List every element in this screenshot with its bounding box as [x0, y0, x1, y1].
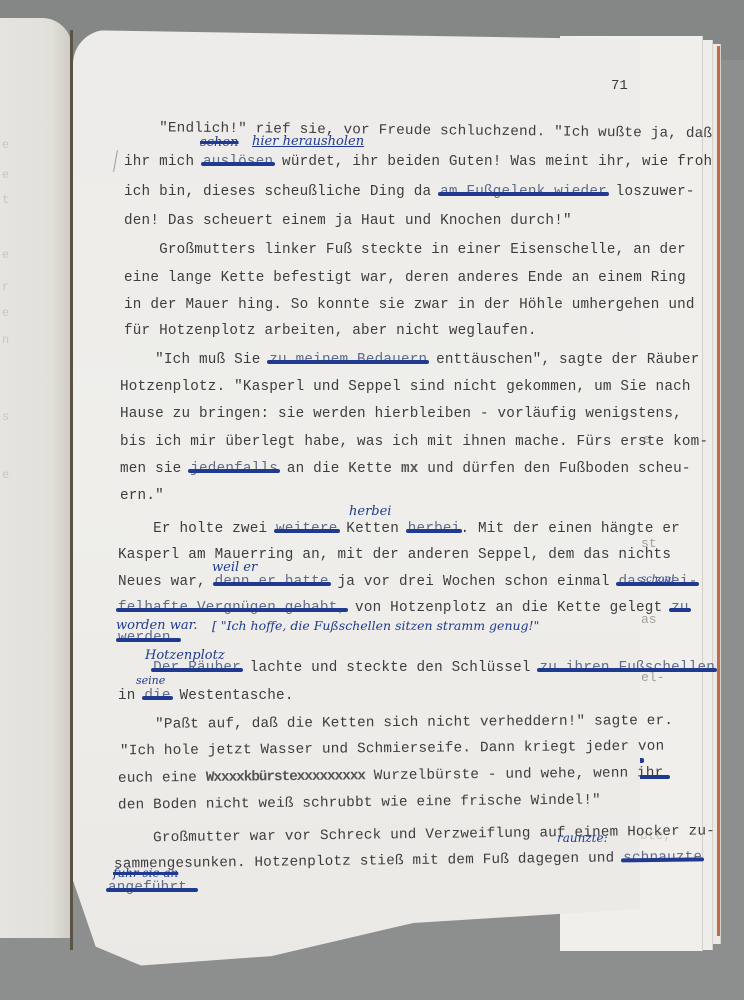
left-facing-page: e e t e r e n s e: [0, 18, 72, 938]
handwritten-deleted: fuhr sie an: [113, 866, 178, 880]
text-line: angeführt.: [108, 880, 196, 896]
text-line: Großmutters linker Fuß steckte in einer …: [124, 242, 686, 258]
deleted-text: zu meinem Bedauern: [269, 352, 427, 368]
deleted-text: denn er hatte: [215, 574, 329, 590]
deleted-text: felhafte Vergnügen gehabt,: [118, 600, 346, 616]
text-span: ja vor drei Wochen schon einmal: [329, 574, 619, 590]
text-span: an die Kette: [278, 461, 401, 477]
left-page-fragment: e: [2, 248, 9, 262]
text-line: Hotzenplotz. "Kasperl und Seppel sind ni…: [120, 379, 691, 395]
handwritten-insert: herbei: [349, 504, 391, 519]
handwritten-insert: hier herausholen: [252, 134, 364, 149]
text-span: von Hotzenplotz an die Kette gelegt: [346, 600, 671, 616]
page-number: 71: [611, 78, 628, 94]
text-line: Der Räuber lachte und steckte den Schlüs…: [118, 660, 715, 676]
handwritten-deleted: schon: [200, 135, 239, 150]
text-line: in die Westentasche.: [118, 688, 294, 704]
text-span: würdet, ihr beiden Guten! Was meint ihr,…: [273, 154, 712, 170]
cover-edge: [717, 46, 720, 936]
book-gutter: [70, 30, 73, 950]
left-page-fragment: e: [2, 168, 9, 182]
text-span: "Ich muß Sie: [120, 352, 269, 368]
text-line: Hause zu bringen: sie werden hierbleiben…: [120, 406, 682, 422]
text-line: "Ich muß Sie zu meinem Bedauern enttäusc…: [120, 352, 699, 368]
text-line: ern.": [120, 488, 164, 504]
text-span: . Mit der einen hängte er: [460, 521, 680, 537]
text-span: und dürfen den Fußboden scheu-: [419, 461, 691, 477]
handwritten-quote-insert: [ "Ich hoffe, die Fußschellen sitzen str…: [212, 618, 539, 633]
text-line: bis ich mir überlegt habe, was ich mit i…: [120, 434, 708, 450]
text-line: men sie jedenfalls an die Kette mx und d…: [120, 461, 691, 477]
text-span: Er holte zwei: [118, 521, 276, 537]
text-span: ich bin, dieses scheußliche Ding da: [124, 184, 440, 200]
deleted-text: angeführt.: [108, 880, 196, 896]
left-page-fragment: e: [2, 306, 9, 320]
text-line: in der Mauer hing. So konnte sie zwar in…: [124, 297, 695, 313]
text-span: lachte und steckte den Schlüssel: [241, 660, 540, 676]
deleted-text: Der Räuber: [153, 660, 241, 676]
deleted-text: weitere: [276, 521, 337, 537]
deleted-text: zu: [671, 600, 689, 616]
left-page-fragment: r: [2, 280, 9, 294]
text-line: ich bin, dieses scheußliche Ding da am F…: [124, 184, 695, 200]
deleted-text: am Fußgelenk wieder: [440, 184, 607, 200]
left-page-fragment: e: [2, 138, 9, 152]
text-span: men sie: [120, 461, 190, 477]
text-span: Neues war,: [118, 574, 215, 590]
deleted-text: schnauzte: [623, 849, 702, 866]
struck-typed-text: Wxxxxkbürstexxxxxxxxx: [206, 768, 365, 786]
text-line: den! Das scheuert einem ja Haut und Knoc…: [124, 213, 572, 229]
text-line: Er holte zwei weitere Ketten herbei. Mit…: [118, 521, 680, 537]
text-line: eine lange Kette befestigt war, deren an…: [124, 270, 686, 286]
handwritten-insert: seine: [136, 674, 165, 687]
deleted-text: werden.: [118, 630, 179, 646]
left-page-fragment: t: [2, 193, 9, 207]
deleted-text: die: [144, 688, 170, 704]
text-span: in: [118, 688, 144, 704]
text-line: ihr mich auslösen würdet, ihr beiden Gut…: [124, 154, 712, 170]
text-span: Westentasche.: [171, 688, 294, 704]
text-line: Kasperl am Mauerring an, mit der anderen…: [118, 547, 671, 563]
left-page-fragment: n: [2, 333, 9, 347]
deleted-text: zu ihren Fußschellen: [539, 660, 715, 676]
text-line: werden.: [118, 630, 179, 646]
text-line: Neues war, denn er hatte ja vor drei Woc…: [118, 574, 697, 590]
deleted-text: das zwei-: [618, 574, 697, 590]
text-span: enttäuschen", sagte der Räuber: [427, 352, 699, 368]
left-page-fragment: e: [2, 468, 9, 482]
text-span: Wurzelbürste - und wehe, wenn ihr: [365, 765, 664, 784]
deleted-text: jedenfalls: [190, 461, 278, 477]
text-span: loszuwer-: [607, 184, 695, 200]
handwritten-insert: weil er: [212, 560, 257, 575]
handwritten-insert: raunzte:: [557, 831, 608, 845]
text-line: felhafte Vergnügen gehabt, von Hotzenplo…: [118, 600, 689, 616]
text-span: ihr mich: [124, 154, 203, 170]
deleted-text: herbei: [408, 521, 461, 537]
text-span: euch eine: [118, 770, 206, 787]
deleted-text: auslösen: [203, 154, 273, 170]
text-line: für Hotzenplotz arbeiten, aber nicht weg…: [124, 323, 537, 339]
left-page-fragment: s: [2, 410, 9, 424]
text-span: Ketten: [338, 521, 408, 537]
struck-typed-text: mx: [401, 461, 419, 477]
